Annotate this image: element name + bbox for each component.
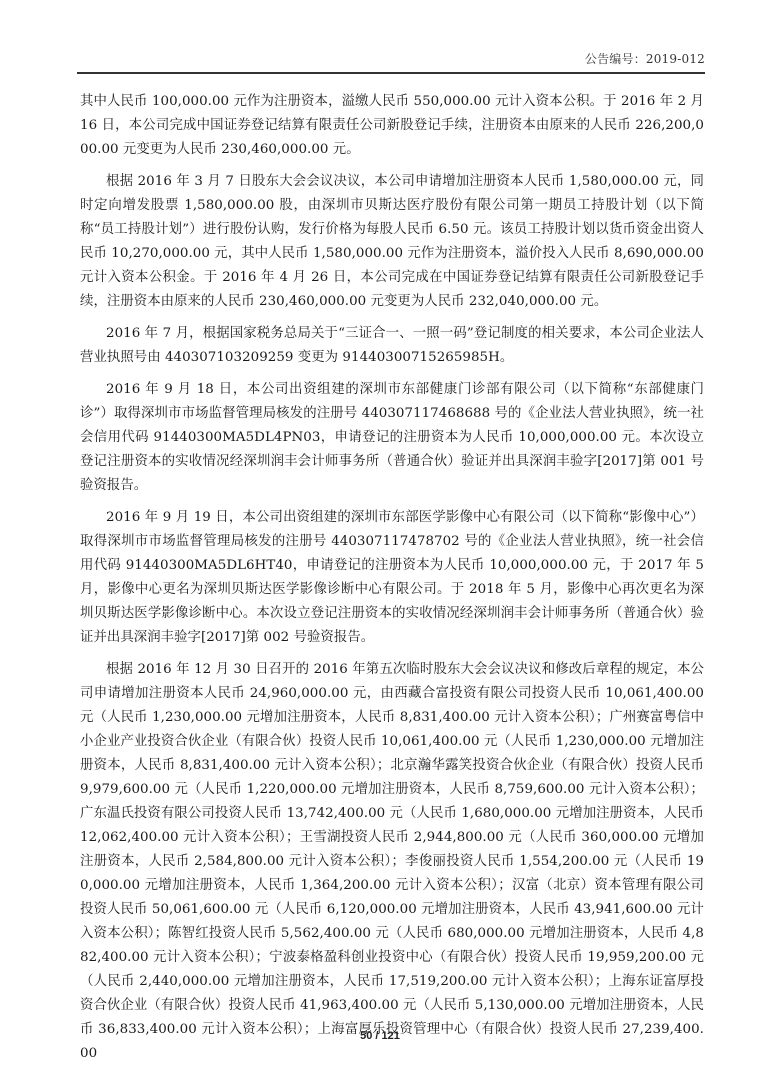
- page-footer: 50 / 121: [0, 1030, 760, 1042]
- page-number: 50 / 121: [360, 1030, 400, 1042]
- paragraph-license-change: 2016 年 7 月，根据国家税务总局关于“三证合一、一照一码”登记制度的相关要…: [80, 322, 704, 370]
- paragraph-fifth-shareholder-meeting: 根据 2016 年 12 月 30 日召开的 2016 年第五次临时股东大会会议…: [80, 658, 704, 1066]
- paragraph-employee-stock-plan: 根据 2016 年 3 月 7 日股东大会会议决议，本公司申请增加注册资本人民币…: [80, 170, 704, 314]
- announcement-number: 公告编号：2019-012: [585, 50, 705, 67]
- page-header: 公告编号：2019-012: [77, 44, 705, 74]
- paragraph-imaging-center: 2016 年 9 月 19 日，本公司出资组建的深圳市东部医学影像中心有限公司（…: [80, 506, 704, 650]
- paragraph-capital-increase-feb-2016: 其中人民币 100,000.00 元作为注册资本，溢缴人民币 550,000.0…: [80, 90, 704, 162]
- paragraph-east-clinic: 2016 年 9 月 18 日，本公司出资组建的深圳市东部健康门诊部有限公司（以…: [80, 378, 704, 498]
- document-page: 公告编号：2019-012 其中人民币 100,000.00 元作为注册资本，溢…: [0, 0, 760, 1075]
- document-body: 其中人民币 100,000.00 元作为注册资本，溢缴人民币 550,000.0…: [80, 90, 704, 1074]
